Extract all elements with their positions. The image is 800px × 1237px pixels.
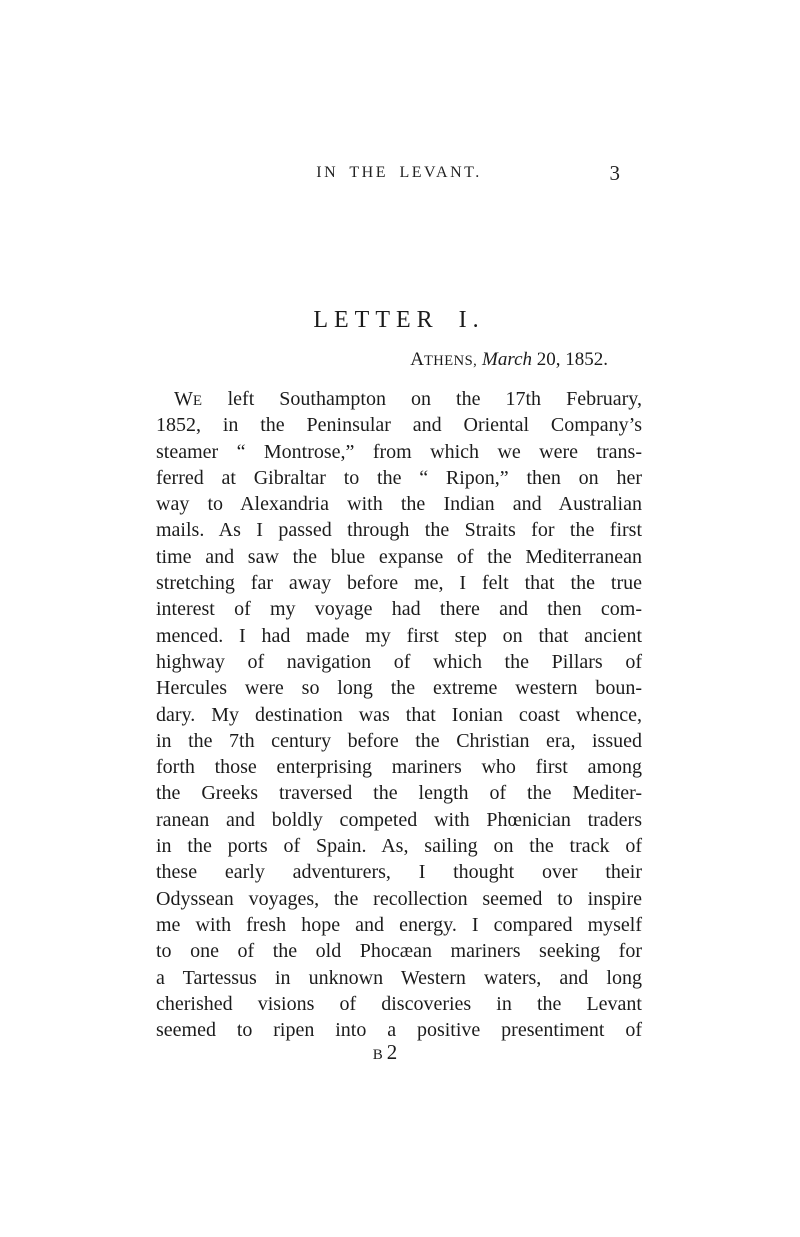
- letter-heading: LETTER I.: [156, 308, 642, 332]
- dateline-date: 20, 1852.: [532, 349, 608, 370]
- body-line: cherished visions of discoveries in the …: [156, 991, 642, 1017]
- body-line: the Greeks traversed the length of the M…: [156, 780, 642, 806]
- body-line: way to Alexandria with the Indian and Au…: [156, 491, 642, 517]
- body-line: to one of the old Phocæan mariners seeki…: [156, 938, 642, 964]
- signature-letter: B: [373, 1047, 383, 1063]
- running-header-title: IN THE LEVANT.: [156, 165, 642, 181]
- running-header: IN THE LEVANT. 3: [156, 165, 642, 185]
- body-line: Hercules were so long the extreme wester…: [156, 675, 642, 701]
- body-line: time and saw the blue expanse of the Med…: [156, 544, 642, 570]
- signature-number: 2: [387, 1040, 398, 1064]
- dateline: ATHENS, March 20, 1852.: [156, 350, 642, 371]
- body-line: stretching far away before me, I felt th…: [156, 570, 642, 596]
- dateline-month-italic: March: [482, 349, 532, 370]
- body-line: ranean and boldly competed with Phœnicia…: [156, 807, 642, 833]
- signature-mark: B 2: [156, 1042, 642, 1066]
- body-line: ferred at Gibraltar to the “ Ripon,” the…: [156, 465, 642, 491]
- body-line: highway of navigation of which the Pilla…: [156, 649, 642, 675]
- dateline-place-smallcaps: THENS,: [424, 353, 477, 369]
- first-word-initial: W: [174, 388, 193, 410]
- body-line: seemed to ripen into a positive presenti…: [156, 1017, 642, 1043]
- body-line: interest of my voyage had there and then…: [156, 596, 642, 622]
- body-line: in the ports of Spain. As, sailing on th…: [156, 833, 642, 859]
- paragraph: WE left Southampton on the 17th February…: [156, 386, 642, 1043]
- body-line: these early adventurers, I thought over …: [156, 859, 642, 885]
- first-line-rest: left Southampton on the 17th February,: [203, 388, 642, 410]
- body-line: a Tartessus in unknown Western waters, a…: [156, 965, 642, 991]
- body-lines: 1852, in the Peninsular and Oriental Com…: [156, 412, 642, 1043]
- dateline-place-initial: A: [410, 349, 424, 370]
- body-line: me with fresh hope and energy. I compare…: [156, 912, 642, 938]
- body-line: menced. I had made my first step on that…: [156, 623, 642, 649]
- page-number: 3: [610, 163, 621, 184]
- book-page: IN THE LEVANT. 3 LETTER I. ATHENS, March…: [0, 0, 800, 1237]
- body-line: steamer “ Montrose,” from which we were …: [156, 439, 642, 465]
- body-line: in the 7th century before the Christian …: [156, 728, 642, 754]
- body-line: mails. As I passed through the Straits f…: [156, 517, 642, 543]
- body-line: dary. My destination was that Ionian coa…: [156, 702, 642, 728]
- body-line: forth those enterprising mariners who fi…: [156, 754, 642, 780]
- body-line-first: WE left Southampton on the 17th February…: [156, 386, 642, 412]
- body-line: Odyssean voyages, the recollection seeme…: [156, 886, 642, 912]
- body-line: 1852, in the Peninsular and Oriental Com…: [156, 412, 642, 438]
- first-word-smallcap: E: [193, 393, 203, 409]
